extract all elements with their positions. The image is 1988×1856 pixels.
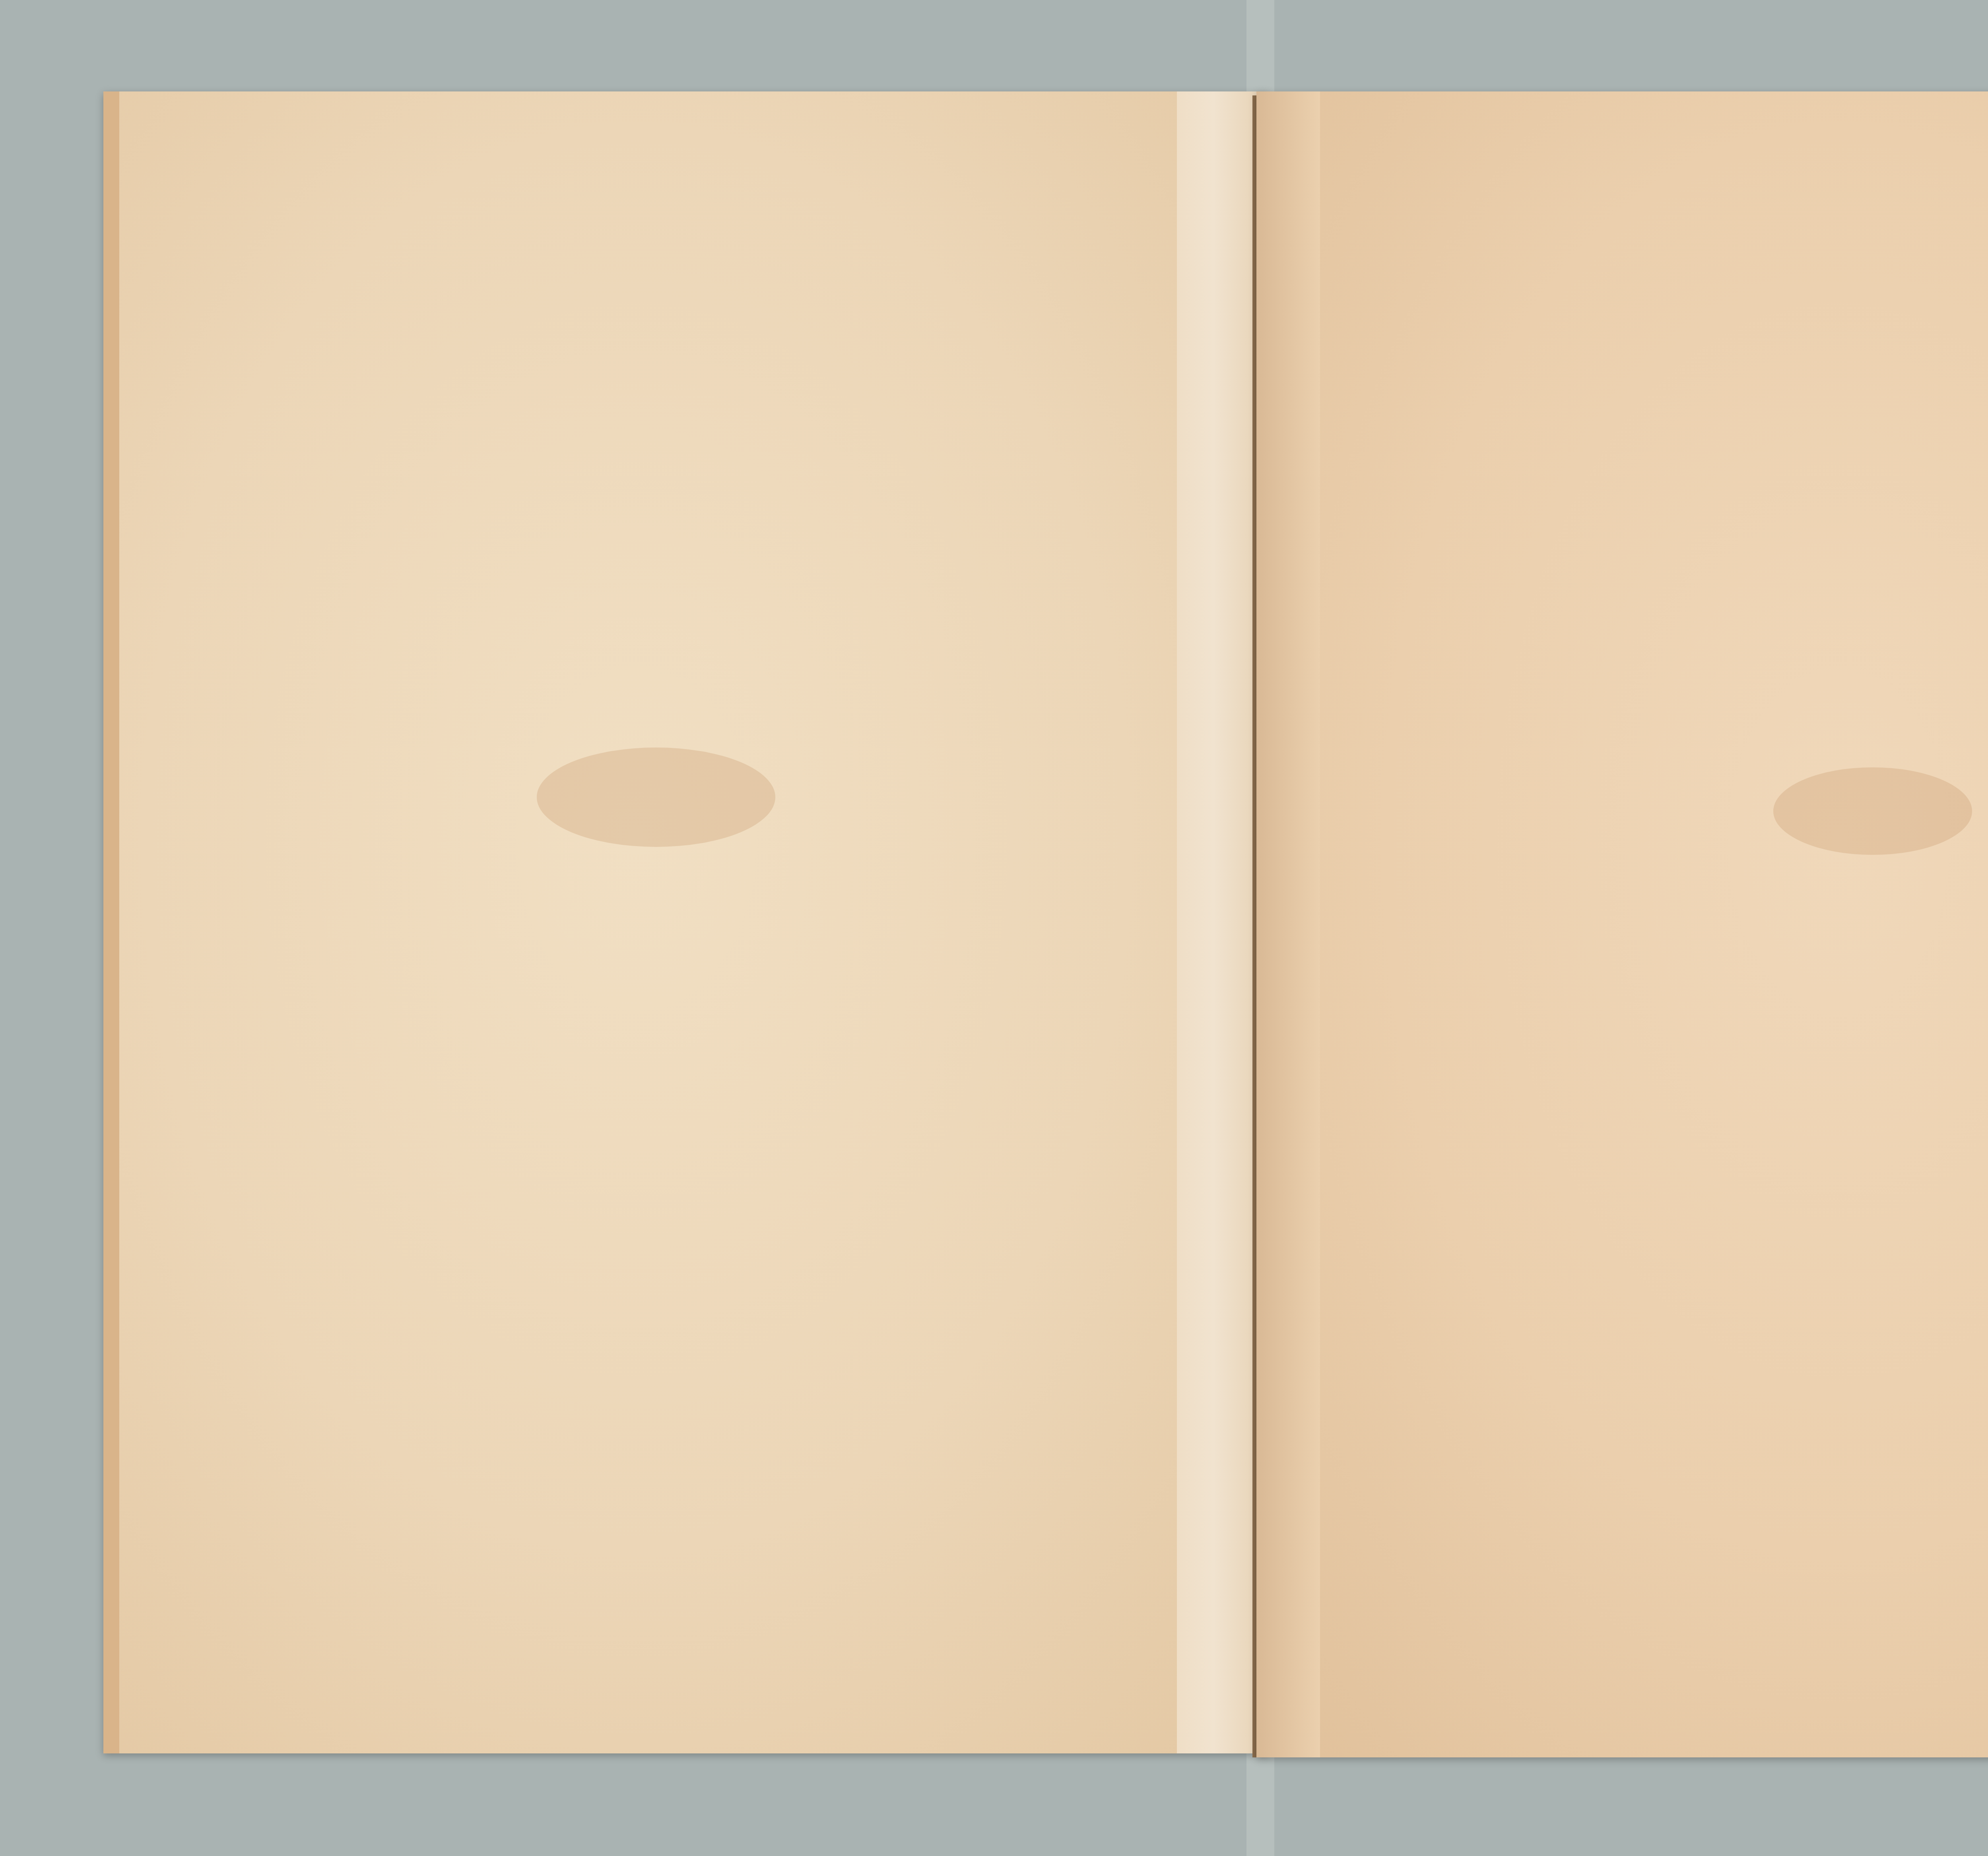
book-fold (1252, 95, 1256, 1757)
right-page (1256, 91, 1988, 1757)
foxing-stain (1773, 767, 1972, 855)
right-page-gutter (1256, 91, 1320, 1757)
left-page (103, 91, 1268, 1753)
foxing-stain (537, 747, 775, 847)
